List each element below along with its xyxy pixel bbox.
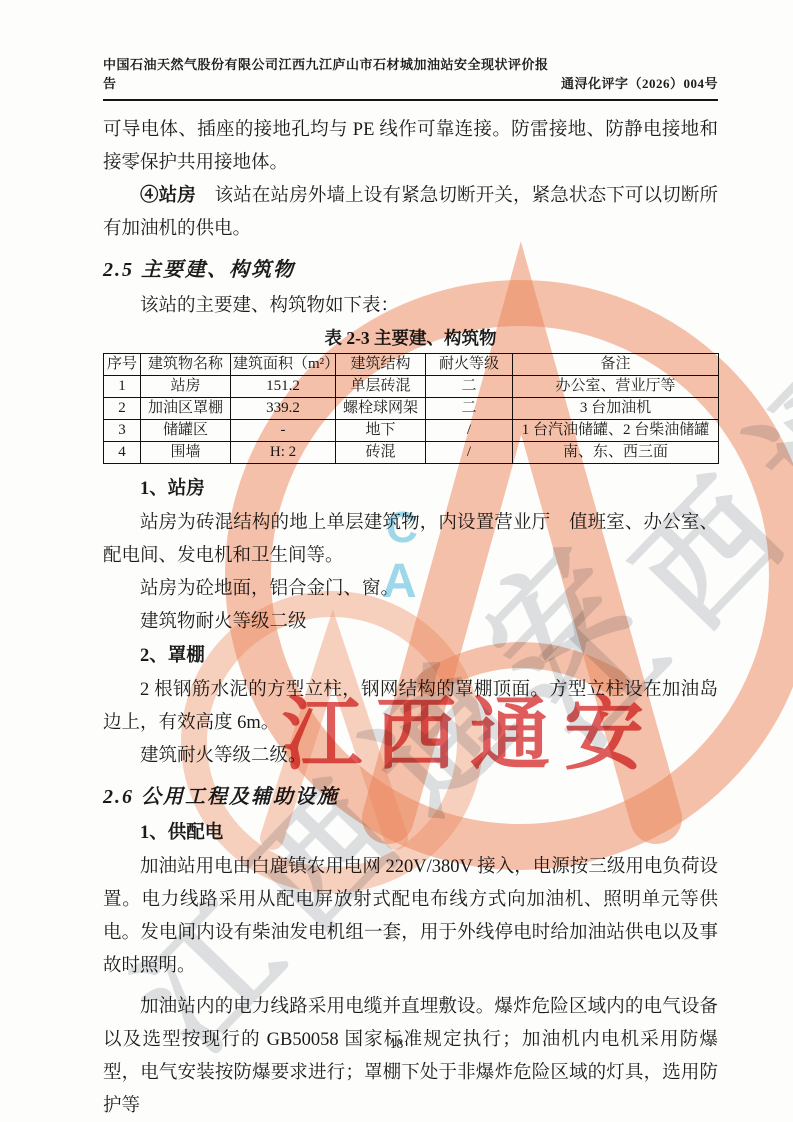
- cell-building-area: 151.2: [231, 376, 336, 398]
- table-row: 1 站房 151.2 单层砖混 二 办公室、营业厅等: [104, 376, 719, 398]
- buildings-table: 序号 建筑物名称 建筑面积（m²） 建筑结构 耐火等级 备注 1 站房 151.…: [103, 353, 719, 464]
- cell-building-name: 围墙: [141, 442, 231, 464]
- cell-fire-rating: /: [426, 420, 513, 442]
- cell-building-name: 站房: [141, 376, 231, 398]
- cell-index: 1: [104, 376, 141, 398]
- subsection-station-house-heading: 1、站房: [103, 473, 718, 506]
- cell-remark: 办公室、营业厅等: [513, 376, 719, 398]
- cell-fire-rating: /: [426, 442, 513, 464]
- paragraph-item4-station-house: ④站房 该站在站房外墙上设有紧急切断开关，紧急状态下可以切断所有加油机的供电。: [103, 180, 718, 246]
- canopy-paragraph-2: 建筑耐火等级二级。: [103, 740, 718, 773]
- section-2-6-heading: 2.6 公用工程及辅助设施: [103, 782, 718, 812]
- cell-building-area: H: 2: [231, 442, 336, 464]
- station-house-paragraph-2: 站房为砼地面，铝合金门、窗。: [103, 573, 718, 606]
- cell-remark: 3 台加油机: [513, 398, 719, 420]
- power-supply-paragraph-1: 加油站用电由白鹿镇农用电网 220V/380V 接入，电源按三级用电负荷设置。电…: [103, 851, 718, 983]
- power-supply-paragraph-2: 加油站内的电力线路采用电缆并直埋敷设。爆炸危险区域内的电气设备以及选型按现行的 …: [103, 991, 718, 1122]
- cell-building-area: 339.2: [231, 398, 336, 420]
- table-header-row: 序号 建筑物名称 建筑面积（m²） 建筑结构 耐火等级 备注: [104, 354, 719, 376]
- table-2-3-caption: 表 2-3 主要建、构筑物: [103, 325, 718, 351]
- header-report-title: 中国石油天然气股份有限公司江西九江庐山市石材城加油站安全现状评价报告: [103, 54, 561, 92]
- cell-fire-rating: 二: [426, 398, 513, 420]
- cell-building-area: -: [231, 420, 336, 442]
- station-house-paragraph-1: 站房为砖混结构的地上单层建筑物，内设置营业厅 值班室、办公室、配电间、发电机和卫…: [103, 507, 718, 573]
- col-header-index: 序号: [104, 354, 141, 376]
- col-header-fire-rating: 耐火等级: [426, 354, 513, 376]
- cell-structure: 地下: [336, 420, 426, 442]
- table-row: 4 围墙 H: 2 砖混 / 南、东、西三面: [104, 442, 719, 464]
- cell-fire-rating: 二: [426, 376, 513, 398]
- cell-building-name: 加油区罩棚: [141, 398, 231, 420]
- cell-building-name: 储罐区: [141, 420, 231, 442]
- paragraph-grounding-continuation: 可导电体、插座的接地孔均与 PE 线作可靠连接。防雷接地、防静电接地和接零保护共…: [103, 114, 718, 180]
- table-row: 3 储罐区 - 地下 / 1 台汽油储罐、2 台柴油储罐: [104, 420, 719, 442]
- cell-remark: 南、东、西三面: [513, 442, 719, 464]
- cell-index: 2: [104, 398, 141, 420]
- cell-structure: 单层砖混: [336, 376, 426, 398]
- subsection-power-supply-heading: 1、供配电: [103, 817, 718, 850]
- cell-remark: 1 台汽油储罐、2 台柴油储罐: [513, 420, 719, 442]
- cell-structure: 砖混: [336, 442, 426, 464]
- canopy-paragraph-1: 2 根钢筋水泥的方型立柱，钢网结构的罩棚顶面。方型立柱设在加油岛边上，有效高度 …: [103, 674, 718, 740]
- station-house-paragraph-3: 建筑物耐火等级二级: [103, 606, 718, 639]
- cell-index: 3: [104, 420, 141, 442]
- page-header: 中国石油天然气股份有限公司江西九江庐山市石材城加油站安全现状评价报告 通浔化评字…: [103, 54, 718, 101]
- col-header-building-name: 建筑物名称: [141, 354, 231, 376]
- page-content: 中国石油天然气股份有限公司江西九江庐山市石材城加油站安全现状评价报告 通浔化评字…: [103, 54, 718, 1122]
- item4-text: 该站在站房外墙上设有紧急切断开关，紧急状态下可以切断所有加油机的供电。: [103, 186, 718, 239]
- col-header-remark: 备注: [513, 354, 719, 376]
- cell-index: 4: [104, 442, 141, 464]
- section-2-5-intro: 该站的主要建、构筑物如下表：: [103, 290, 718, 323]
- header-doc-number: 通浔化评字（2026）004号: [561, 73, 718, 92]
- col-header-structure: 建筑结构: [336, 354, 426, 376]
- section-2-5-heading: 2.5 主要建、构筑物: [103, 255, 718, 285]
- col-header-building-area: 建筑面积（m²）: [231, 354, 336, 376]
- cell-structure: 螺栓球网架: [336, 398, 426, 420]
- item4-label: ④站房: [140, 186, 196, 206]
- table-row: 2 加油区罩棚 339.2 螺栓球网架 二 3 台加油机: [104, 398, 719, 420]
- page-number: 18: [0, 1036, 793, 1052]
- document-page: 江西通安 江西通安 C A 江西通安 中国石油天然气股份有限公司江西九江庐山市石…: [0, 0, 793, 1122]
- subsection-canopy-heading: 2、罩棚: [103, 640, 718, 673]
